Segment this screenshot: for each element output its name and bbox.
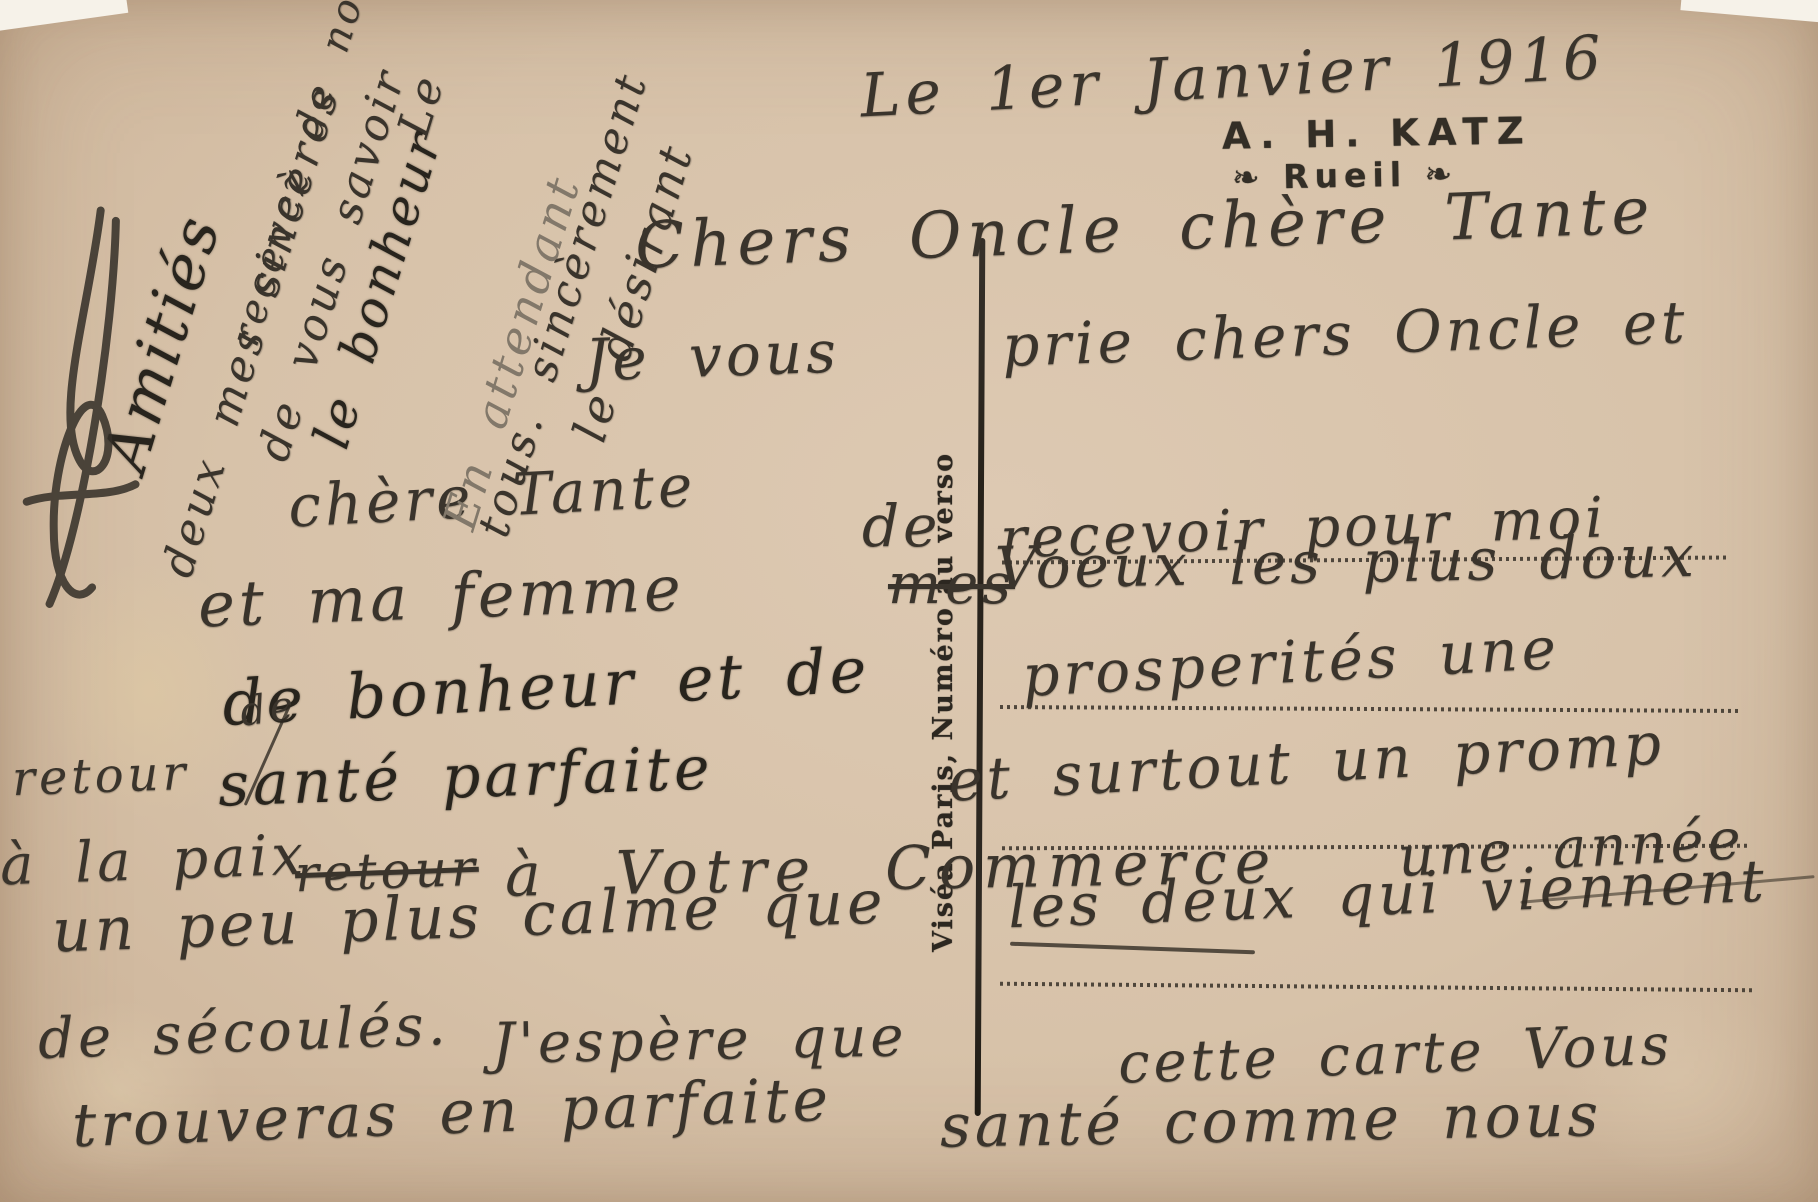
- body-line: Voeux les plus doux: [994, 522, 1698, 602]
- body-line: prie chers Oncle et: [1001, 288, 1690, 380]
- scan-edge-top-left: [0, 0, 128, 35]
- address-dotted-line: [1000, 982, 1752, 993]
- body-line: santé parfaite: [217, 733, 715, 820]
- postcard-back: Viséa Paris, Numéro au verso A. H. KATZ …: [0, 0, 1818, 1202]
- body-line: de: [862, 492, 941, 560]
- body-word-inserted: de: [237, 682, 300, 736]
- body-margin-word: retour: [11, 745, 190, 807]
- body-line: trouveras en parfaite: [71, 1065, 833, 1161]
- body-line: de sécoulés.: [37, 993, 450, 1072]
- body-line: et ma femme: [197, 552, 686, 642]
- greeting-line: Chers Oncle chère Tante: [634, 174, 1656, 284]
- body-line: prosperités une: [1021, 614, 1562, 710]
- body-line: J'espère que: [491, 1004, 908, 1076]
- body-line: de bonheur et de: [221, 633, 873, 740]
- body-line: et surtout un promp: [947, 709, 1667, 814]
- body-line: santé comme nous: [939, 1080, 1602, 1162]
- underline-stroke: [1010, 942, 1255, 955]
- center-divider-line: [975, 238, 986, 1116]
- scan-edge-top-right: [1680, 0, 1818, 26]
- sender-stamp-name: A. H. KATZ: [1222, 109, 1533, 157]
- body-line: à la paix: [0, 823, 308, 899]
